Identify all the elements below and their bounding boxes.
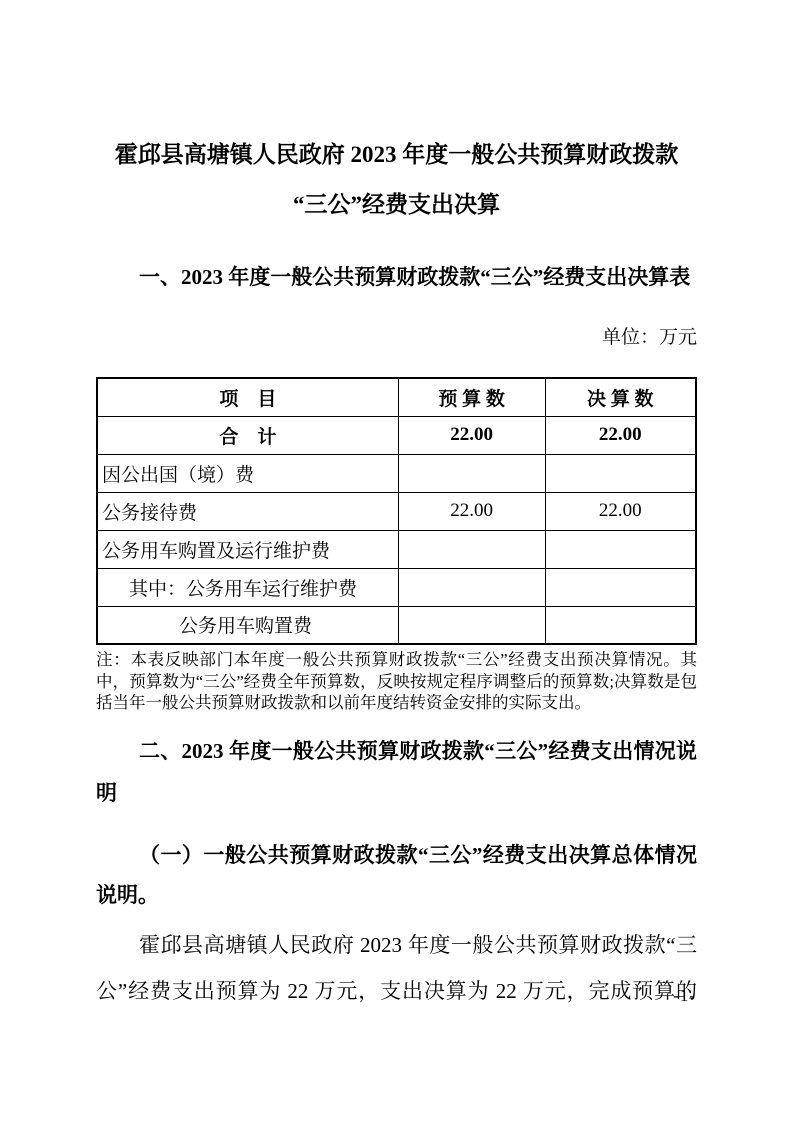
column-header-budget: 预 算 数 bbox=[398, 378, 545, 416]
row-reception-final: 22.00 bbox=[545, 492, 696, 530]
row-abroad-item: 因公出国（境）费 bbox=[97, 454, 398, 492]
row-vehicle-total-item: 公务用车购置及运行维护费 bbox=[97, 530, 398, 568]
table-row-vehicle-maintenance: 其中：公务用车运行维护费 bbox=[97, 568, 696, 606]
row-abroad-final bbox=[545, 454, 696, 492]
document-page: 霍邱县高塘镇人民政府 2023 年度一般公共预算财政拨款 “三公”经费支出决算 … bbox=[0, 0, 793, 1122]
table-row-total: 合 计 22.00 22.00 bbox=[97, 416, 696, 454]
section-two-heading: 二、2023 年度一般公共预算财政拨款“三公”经费支出情况说明 bbox=[96, 730, 697, 814]
row-vehicle-maintenance-item: 其中：公务用车运行维护费 bbox=[97, 568, 398, 606]
section-one-heading: 一、2023 年度一般公共预算财政拨款“三公”经费支出决算表 bbox=[96, 254, 697, 301]
table-row-reception: 公务接待费 22.00 22.00 bbox=[97, 492, 696, 530]
row-total-item: 合 计 bbox=[97, 416, 398, 454]
table-row-abroad: 因公出国（境）费 bbox=[97, 454, 696, 492]
column-header-item: 项 目 bbox=[97, 378, 398, 416]
page-number: -1- bbox=[673, 986, 696, 1006]
column-header-final: 决 算 数 bbox=[545, 378, 696, 416]
row-reception-budget: 22.00 bbox=[398, 492, 545, 530]
section-two-paragraph: 霍邱县高塘镇人民政府 2023 年度一般公共预算财政拨款“三公”经费支出预算为 … bbox=[96, 922, 697, 1014]
row-vehicle-total-final bbox=[545, 530, 696, 568]
row-vehicle-maintenance-final bbox=[545, 568, 696, 606]
document-title: 霍邱县高塘镇人民政府 2023 年度一般公共预算财政拨款 “三公”经费支出决算 bbox=[96, 130, 697, 230]
row-reception-item: 公务接待费 bbox=[97, 492, 398, 530]
row-vehicle-purchase-item: 公务用车购置费 bbox=[97, 606, 398, 644]
table-row-vehicle-total: 公务用车购置及运行维护费 bbox=[97, 530, 696, 568]
three-public-expense-table: 项 目 预 算 数 决 算 数 合 计 22.00 22.00 因公出国（境）费… bbox=[96, 377, 697, 645]
row-abroad-budget bbox=[398, 454, 545, 492]
row-vehicle-total-budget bbox=[398, 530, 545, 568]
section-two-sub-heading: （一）一般公共预算财政拨款“三公”经费支出决算总体情况说明。 bbox=[96, 835, 697, 915]
row-vehicle-maintenance-budget bbox=[398, 568, 545, 606]
row-vehicle-purchase-final bbox=[545, 606, 696, 644]
document-title-line2: “三公”经费支出决算 bbox=[96, 180, 697, 230]
row-vehicle-purchase-budget bbox=[398, 606, 545, 644]
table-header-row: 项 目 预 算 数 决 算 数 bbox=[97, 378, 696, 416]
table-note: 注：本表反映部门本年度一般公共预算财政拨款“三公”经费支出预决算情况。其中，预算… bbox=[96, 649, 697, 714]
table-unit-label: 单位：万元 bbox=[96, 322, 697, 354]
row-total-budget: 22.00 bbox=[398, 416, 545, 454]
document-title-line1: 霍邱县高塘镇人民政府 2023 年度一般公共预算财政拨款 bbox=[96, 130, 697, 180]
table-row-vehicle-purchase: 公务用车购置费 bbox=[97, 606, 696, 644]
row-total-final: 22.00 bbox=[545, 416, 696, 454]
